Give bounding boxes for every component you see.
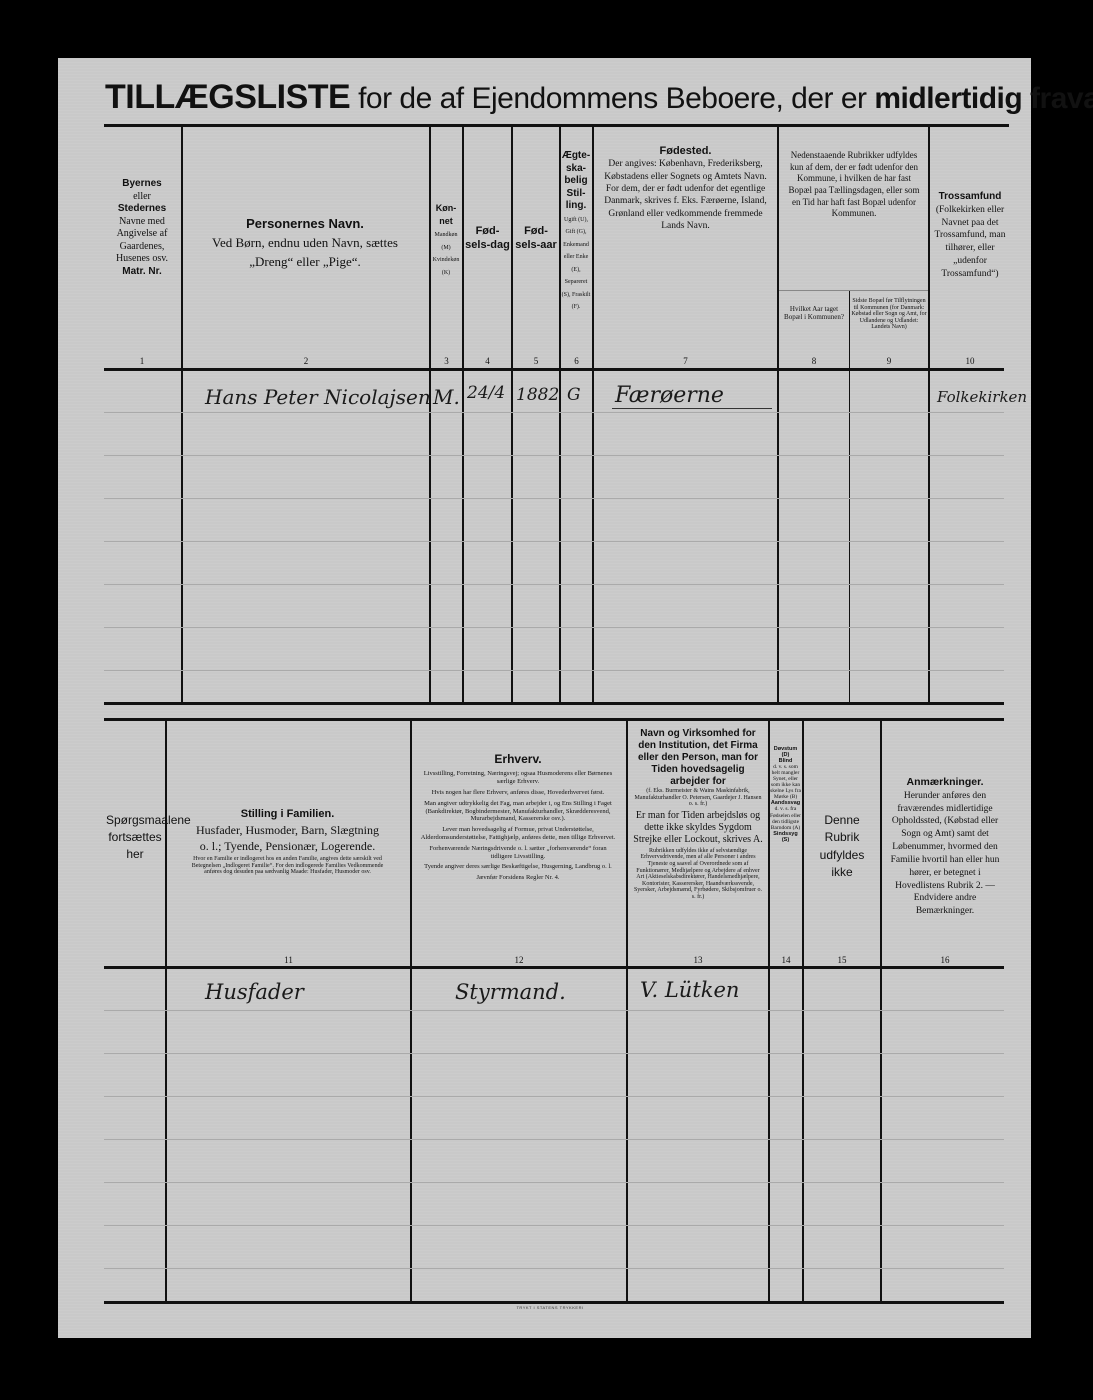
col15-header: Denne Rubrik udfyldes ikke <box>808 812 876 882</box>
col9-header: Sidste Bopæl før Tilflytningen til Kommu… <box>851 298 927 331</box>
person-name: Hans Peter Nicolajsen <box>205 385 431 409</box>
col12-note: Tyende angiver deres særlige Beskæftigel… <box>418 863 618 871</box>
lower-header-rule <box>104 966 1004 969</box>
side-note: Spørgsmaalene fortsættes her <box>106 812 164 862</box>
col1-line: Angivelse af <box>117 228 168 239</box>
ruled-line <box>104 1053 1004 1054</box>
col2-header: Personernes Navn. Ved Børn, endnu uden N… <box>190 215 420 272</box>
col12-note: Man angiver udtrykkelig det Fag, man arb… <box>418 800 618 823</box>
lower-top-rule <box>104 718 1004 721</box>
col1-line: Stedernes <box>118 203 166 214</box>
col1-line: Husenes osv. <box>116 253 168 264</box>
col2-heading: Personernes Navn. <box>246 216 364 231</box>
col14-line: d. v. s. som helt mangler Synet, eller s… <box>770 764 801 800</box>
upper-vline-9 <box>928 127 930 702</box>
ruled-line <box>104 627 1004 628</box>
col-number: 13 <box>628 955 768 965</box>
title-bold-1: TILLÆGSLISTE <box>105 78 350 116</box>
ruled-line <box>104 1182 1004 1183</box>
col-number: 5 <box>513 356 559 366</box>
col-number: 12 <box>412 955 626 965</box>
col3-note: Mandkøn (M) Kvindekøn (K) <box>433 232 460 276</box>
col8-9-group-note: Nedenstaaende Rubrikker udfyldes kun af … <box>785 150 923 220</box>
ruled-line <box>104 1268 1004 1269</box>
col7-header: Fødested. Der angives: København, Freder… <box>598 144 773 232</box>
lower-vline-6 <box>880 721 882 1301</box>
col4-heading: Fød-sels-dag <box>465 225 510 251</box>
ruled-line <box>104 541 1004 542</box>
col12-note: Hvis nogen har flere Erhverv, anføres di… <box>418 789 618 797</box>
col-number: 8 <box>779 356 849 366</box>
col16-header: Anmærkninger. Herunder anføres den fravæ… <box>884 775 1006 918</box>
person-sex: M. <box>433 385 460 409</box>
printer-mark: TRYKT I STATENS TRYKKERI <box>480 1305 620 1310</box>
col-number: 3 <box>431 356 462 366</box>
col-number: 14 <box>770 955 802 965</box>
col3-heading: Køn-net <box>436 203 457 226</box>
ruled-line <box>104 455 1004 456</box>
col8-9-divider <box>779 290 928 291</box>
upper-vline-1 <box>181 127 183 702</box>
col12-note: Jævnfør Forsidens Regler Nr. 4. <box>418 874 618 882</box>
col11-note: Hvor en Familie er indlogeret hos en and… <box>190 856 385 876</box>
lower-vline-5 <box>802 721 804 1301</box>
upper-header-rule <box>104 368 1004 371</box>
col10-header: Trossamfund (Folkekirken eller Navnet pa… <box>931 190 1009 281</box>
col16-note: Herunder anføres den fraværendes midlert… <box>891 791 1000 916</box>
col4-header: Fød-sels-dag <box>465 225 510 253</box>
birthplace: Færøerne <box>615 383 724 408</box>
col5-header: Fød-sels-aar <box>514 225 558 253</box>
upper-vline-6 <box>592 127 594 702</box>
col16-heading: Anmærkninger. <box>906 776 983 788</box>
ruled-line <box>104 412 1004 413</box>
birth-year: 1882 <box>516 385 559 405</box>
marital-status: G <box>567 385 581 405</box>
ruled-line <box>104 498 1004 499</box>
lower-bottom-rule <box>104 1301 1004 1304</box>
col11-subheading: Husfader, Husmoder, Barn, Slægtning o. l… <box>196 823 379 853</box>
upper-top-rule <box>104 124 1009 127</box>
col13-small: Rubrikken udfyldes ikke af selvstændige … <box>632 848 764 901</box>
birth-day: 24/4 <box>467 383 505 403</box>
col-number: 7 <box>594 356 777 366</box>
ruled-line <box>104 1010 1004 1011</box>
col12-heading: Erhverv. <box>494 752 541 766</box>
col1-header: Byernes eller Stedernes Navne med Angive… <box>104 178 180 278</box>
col12-note: Lever man hovedsagelig af Formue, privat… <box>418 826 618 842</box>
ruled-line <box>104 1096 1004 1097</box>
col3-header: Køn-net Mandkøn (M) Kvindekøn (K) <box>431 203 461 278</box>
col14-line: Sindssyg (S) <box>773 831 797 843</box>
col1-line: Navne med <box>119 216 165 227</box>
col-number: 10 <box>930 356 1010 366</box>
col-number: 4 <box>464 356 511 366</box>
col8-header: Hvilket Aar taget Bopæl i Kommunen? <box>781 305 847 321</box>
ruled-line <box>104 1139 1004 1140</box>
col6-note: Ugift (U), Gift (G), Enkemand eller Enke… <box>562 217 591 311</box>
col13-heading: Navn og Virksomhed for den Institution, … <box>638 728 758 787</box>
col-number: 9 <box>850 356 928 366</box>
upper-bottom-rule <box>104 702 1004 705</box>
ruled-line <box>104 1225 1004 1226</box>
col2-note: Ved Børn, endnu uden Navn, sættes „Dreng… <box>212 235 398 269</box>
birthplace-underline <box>612 408 772 409</box>
col1-line: Gaardenes, <box>120 241 165 252</box>
col13-example: (f. Eks. Burmeister & Wains Maskinfabrik… <box>632 788 764 808</box>
col11-heading: Stilling i Familien. <box>241 808 335 820</box>
col-number: 2 <box>183 356 429 366</box>
col6-heading: Ægte-ska-belig Stil-ling. <box>562 150 590 211</box>
col14-header: Døvstum (D) Blind d. v. s. som helt mang… <box>770 746 801 843</box>
col6-header: Ægte-ska-belig Stil-ling. Ugift (U), Gif… <box>561 150 591 313</box>
col12-note: Livsstilling, Forretning, Næringsvej; og… <box>418 770 618 786</box>
upper-vline-8 <box>849 290 850 702</box>
upper-vline-3 <box>462 127 464 702</box>
col7-note: Der angives: København, Frederiksberg, K… <box>604 159 767 231</box>
col12-header: Erhverv. Livsstilling, Forretning, Nærin… <box>418 752 618 882</box>
occupation: Styrmand. <box>455 980 566 1004</box>
col-number: 6 <box>561 356 592 366</box>
lower-vline-2 <box>410 721 412 1301</box>
col-number: 1 <box>104 356 180 366</box>
col10-heading: Trossamfund <box>939 191 1002 202</box>
col-number: 11 <box>167 955 410 965</box>
employer: V. Lütken <box>640 978 739 1002</box>
ruled-line <box>104 584 1004 585</box>
lower-vline-1 <box>165 721 167 1301</box>
col14-line: Døvstum (D) <box>774 746 798 758</box>
col-number: 16 <box>882 955 1008 965</box>
col13-note: Er man for Tiden arbejdsløs og dette ikk… <box>632 810 764 846</box>
religion: Folkekirken <box>937 388 1027 406</box>
col1-line: Byernes <box>122 178 161 189</box>
lower-vline-3 <box>626 721 628 1301</box>
col14-line: d. v. s. fra Fødselen eller den tidligst… <box>770 806 801 830</box>
ruled-line <box>104 670 1004 671</box>
col7-heading: Fødested. <box>660 145 712 157</box>
col1-line: eller <box>133 191 151 202</box>
col5-heading: Fød-sels-aar <box>515 225 557 251</box>
title-bold-2: midlertidig fraværende. <box>874 82 1093 115</box>
col1-line: Matr. Nr. <box>122 266 161 277</box>
family-position: Husfader <box>205 980 304 1004</box>
form-title: TILLÆGSLISTE for de af Ejendommens Beboe… <box>105 78 1015 118</box>
col10-note: (Folkekirken eller Navnet paa det Trossa… <box>935 205 1006 279</box>
col12-note: Forhenværende Næringsdrivende o. l. sætt… <box>418 845 618 861</box>
col-number: 15 <box>804 955 880 965</box>
col13-header: Navn og Virksomhed for den Institution, … <box>632 728 764 901</box>
upper-vline-7 <box>777 127 779 702</box>
title-regular: for de af Ejendommens Beboere, der er <box>358 82 866 115</box>
upper-vline-4 <box>511 127 513 702</box>
col11-header: Stilling i Familien. Husfader, Husmoder,… <box>190 805 385 876</box>
